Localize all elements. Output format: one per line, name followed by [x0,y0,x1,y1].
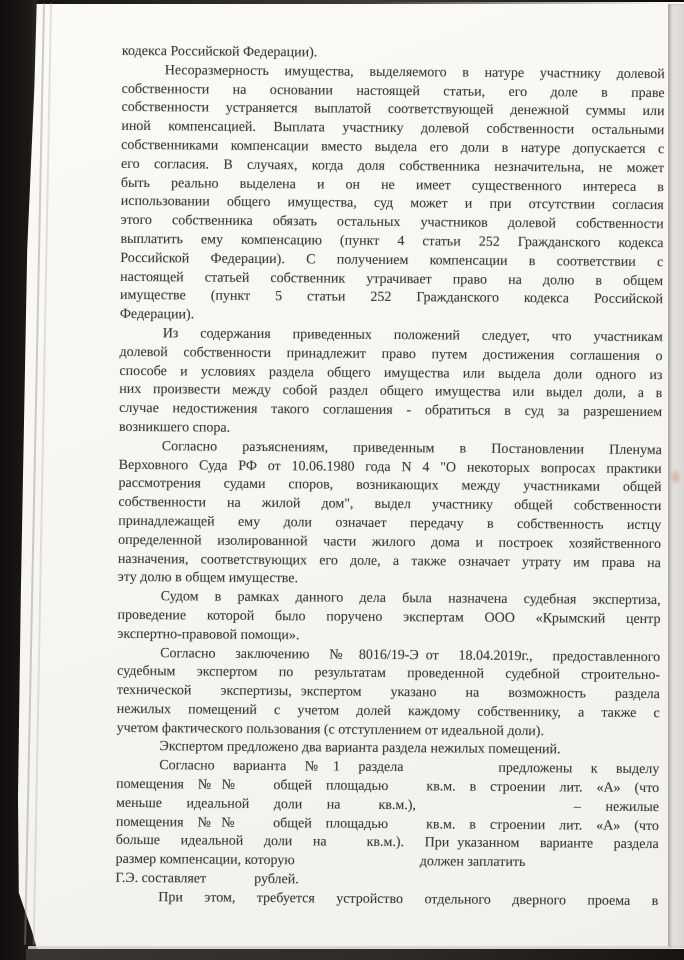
redaction-gap [295,863,420,866]
document-text: кодекса Российской Федерации).Несоразмер… [115,43,665,912]
scanned-page: кодекса Российской Федерации).Несоразмер… [0,0,684,960]
redaction-gap [416,807,574,810]
redaction-gap [327,844,367,846]
redaction-gap [388,826,426,828]
paragraph: Согласно разъяснениям, приведенным в Пос… [118,438,662,593]
paragraph: Несоразмерность имущества, выделяемого в… [120,62,665,329]
redaction-gap [206,881,254,883]
scan-top-shadow [0,0,672,4]
paragraph: Согласно заключению №8016/19-Эот 18.04.2… [117,644,661,742]
redaction-gap [388,788,426,790]
paragraph: Согласно варианта №1 разделапредложены к… [115,757,659,893]
paragraph: Из содержания приведенных положений след… [119,325,663,442]
paragraph: Судом в рамках данного дела была назначе… [117,588,660,649]
redaction-gap [292,693,301,695]
redaction-gap [341,806,379,808]
redaction-gap [403,769,498,772]
redaction-gap [245,825,273,827]
redaction-gap [419,657,426,659]
redaction-gap [245,787,273,789]
scan-bottom-shadow [26,949,684,960]
redaction-gap [449,845,457,847]
pink-smudge-mark [669,468,682,486]
